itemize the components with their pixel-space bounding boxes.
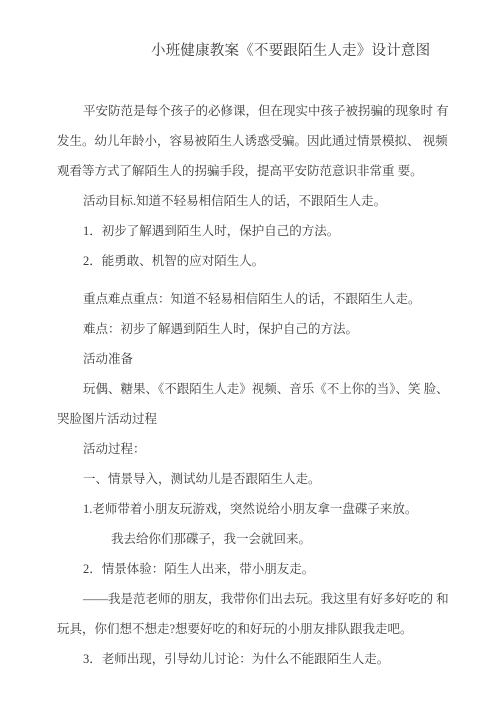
document-page: 小班健康教案《不要跟陌生人走》设计意图 平安防范是每个孩子的必修课，但在现实中孩… bbox=[0, 0, 500, 727]
text-line: 玩具，你们想不想走?想要好吃的和好玩的小朋友排队跟我走吧。 bbox=[57, 614, 444, 644]
text-line: 2．能勇敢、机智的应对陌生人。 bbox=[57, 246, 444, 276]
text-line: 难点：初步了解遇到陌生人时，保护自己的方法。 bbox=[57, 314, 444, 344]
text-line: 一、情景导入，测试幼儿是否跟陌生人走。 bbox=[57, 464, 444, 494]
text-line: 活动目标.知道不轻易相信陌生人的话，不跟陌生人走。 bbox=[57, 186, 444, 216]
document-title: 小班健康教案《不要跟陌生人走》设计意图 bbox=[151, 40, 444, 62]
document-body: 平安防范是每个孩子的必修课，但在现实中孩子被拐骗的现象时 有发生。幼儿年龄小，容… bbox=[57, 96, 444, 674]
text-line: 玩偶、糖果、《不跟陌生人走》视频、音乐《不上你的当》、笑 脸、 bbox=[57, 374, 444, 404]
text-line: ——我是范老师的朋友，我带你们出去玩。我这里有好多好吃的 和 bbox=[57, 584, 444, 614]
text-line: 1.老师带着小朋友玩游戏，突然说给小朋友拿一盘碟子来放。 bbox=[57, 494, 444, 524]
text-line: 我去给你们那碟子，我一会就回来。 bbox=[57, 524, 444, 554]
text-line: 观看等方式了解陌生人的拐骗手段，提高平安防范意识非常重 要。 bbox=[57, 156, 444, 186]
text-line: 哭脸图片活动过程 bbox=[57, 404, 444, 434]
text-line: 3．老师出现，引导幼儿讨论：为什么不能跟陌生人走。 bbox=[57, 644, 444, 674]
text-line: 重点难点重点：知道不轻易相信陌生人的话，不跟陌生人走。 bbox=[57, 284, 444, 314]
text-line: 平安防范是每个孩子的必修课，但在现实中孩子被拐骗的现象时 有 bbox=[57, 96, 444, 126]
text-line: 2．情景体验：陌生人出来，带小朋友走。 bbox=[57, 554, 444, 584]
text-line: 活动准备 bbox=[57, 344, 444, 374]
text-line: 1．初步了解遇到陌生人时，保护自己的方法。 bbox=[57, 216, 444, 246]
text-line: 活动过程： bbox=[57, 434, 444, 464]
text-line: 发生。幼儿年龄小，容易被陌生人诱惑受骗。因此通过情景模拟、 视频 bbox=[57, 126, 444, 156]
